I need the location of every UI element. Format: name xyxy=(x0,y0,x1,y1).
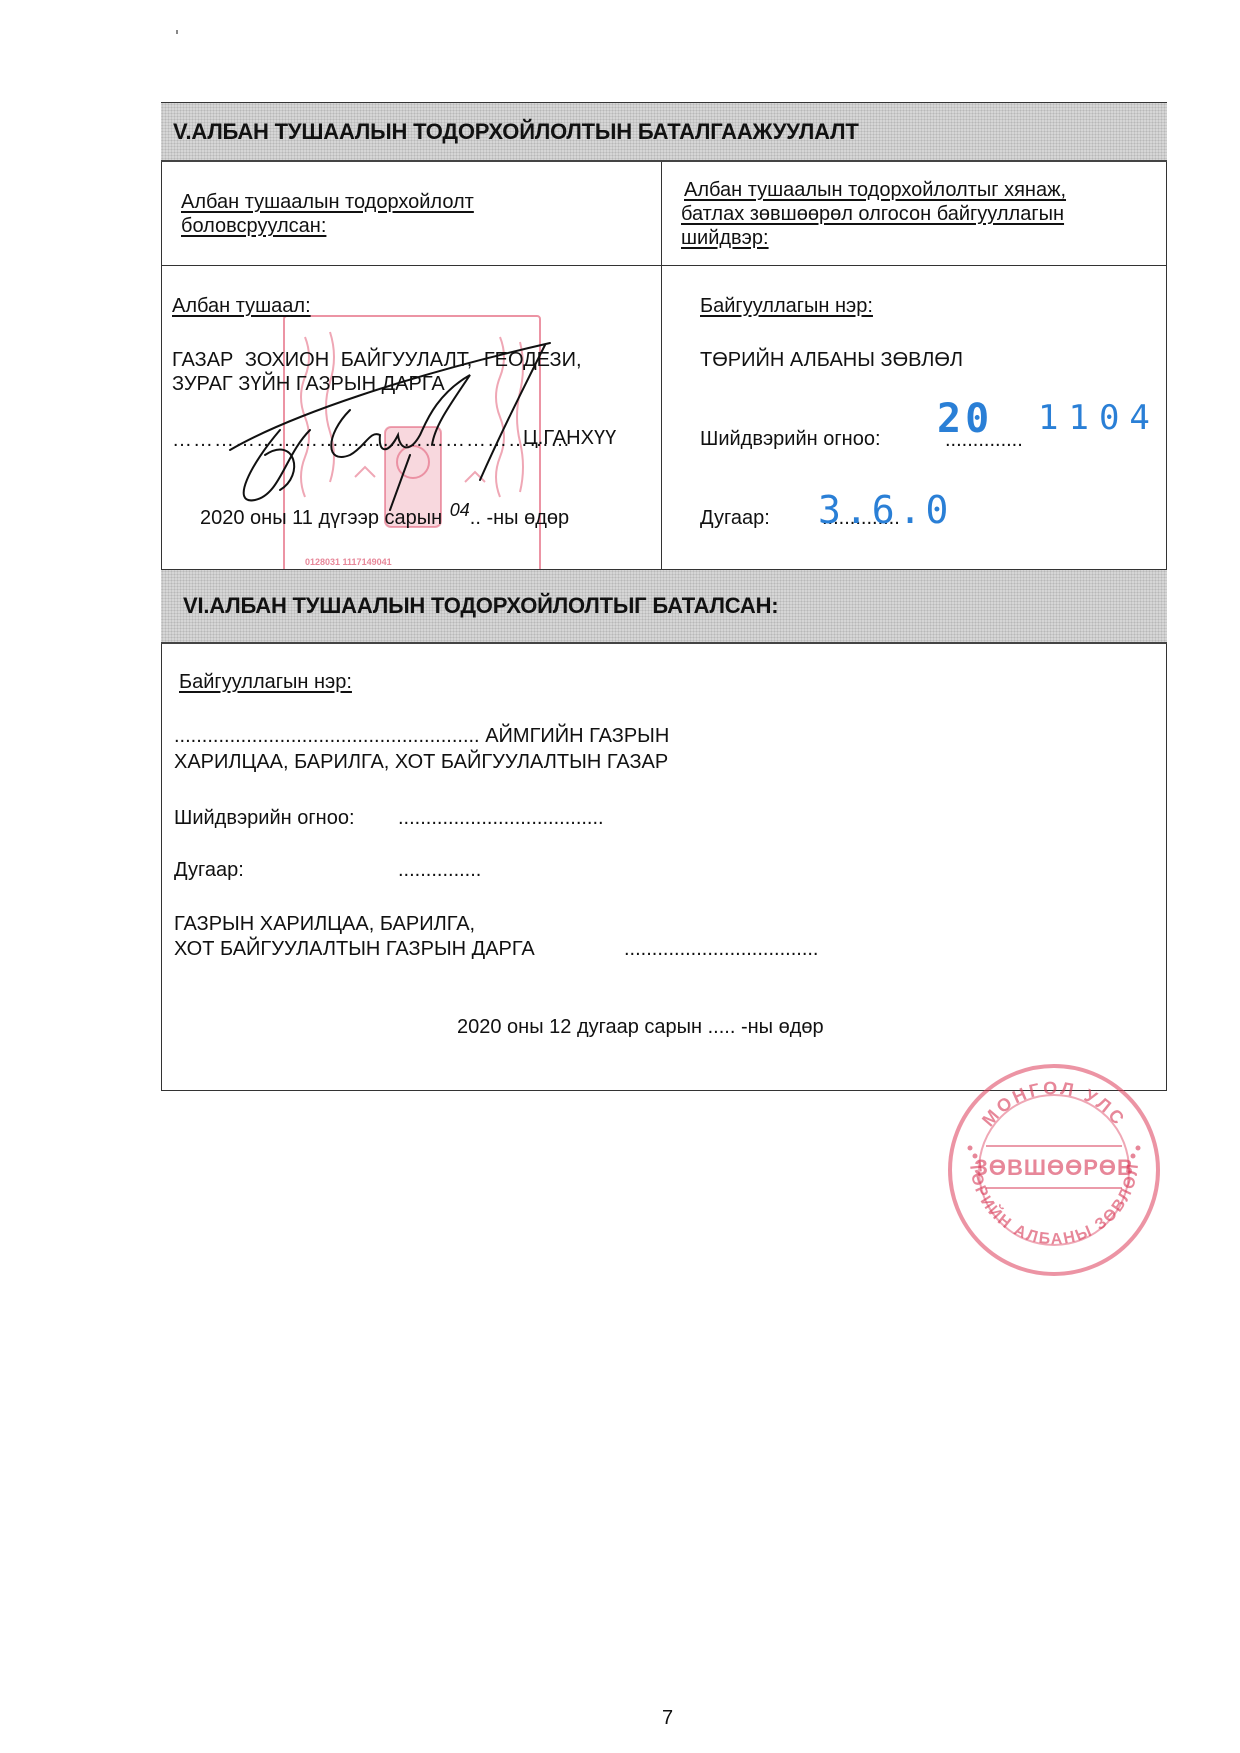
decision-number-stamp: 3.6.0 xyxy=(818,488,952,532)
page-number: 7 xyxy=(662,1706,673,1730)
right-heading-line-1: Албан тушаалын тодорхойлолтыг хянаж, xyxy=(684,178,1066,202)
row-divider xyxy=(161,265,1167,266)
section-6-header: VI.АЛБАН ТУШААЛЫН ТОДОРХОЙЛОЛТЫГ БАТАЛСА… xyxy=(161,569,1167,644)
left-heading-line-2: боловсруулсан: xyxy=(181,214,326,238)
section-6-date-line: 2020 оны 12 дугаар сарын ..... -ны өдөр xyxy=(457,1015,824,1039)
section-5-header: V.АЛБАН ТУШААЛЫН ТОДОРХОЙЛОЛТЫН БАТАЛГАА… xyxy=(161,102,1167,162)
section-6-head-line-2: ХОТ БАЙГУУЛАЛТЫН ГАЗРЫН ДАРГА xyxy=(174,937,535,961)
decision-number-label: Дугаар: xyxy=(700,506,770,530)
org-label: Байгууллагын нэр: xyxy=(700,294,873,318)
section-6-org-line-2: ХАРИЛЦАА, БАРИЛГА, ХОТ БАЙГУУЛАЛТЫН ГАЗА… xyxy=(174,750,668,774)
decision-date-stamp-year: 20 xyxy=(937,396,993,442)
section-6-org-label: Байгууллагын нэр: xyxy=(179,670,352,694)
section-5-title: V.АЛБАН ТУШААЛЫН ТОДОРХОЙЛОЛТЫН БАТАЛГАА… xyxy=(173,119,859,145)
scan-speck xyxy=(176,30,178,34)
section-6-number-dots: ............... xyxy=(398,858,481,882)
decision-date-stamp-monthday: 1104 xyxy=(1038,398,1160,438)
right-heading-line-3: шийдвэр: xyxy=(681,226,769,250)
org-value: ТӨРИЙН АЛБАНЫ ЗӨВЛӨЛ xyxy=(700,348,963,372)
org-dots: ........................................… xyxy=(174,725,480,747)
column-divider xyxy=(661,162,662,569)
section-6-head-signature-dots: ................................... xyxy=(624,937,818,961)
section-6-head-line-1: ГАЗРЫН ХАРИЛЦАА, БАРИЛГА, xyxy=(174,912,475,936)
section-6-title: VI.АЛБАН ТУШААЛЫН ТОДОРХОЙЛОЛТЫГ БАТАЛСА… xyxy=(183,593,778,619)
org-line-1-text: АЙМГИЙН ГАЗРЫН xyxy=(485,725,669,747)
seal-code: 0128031 1117149041 xyxy=(305,557,392,567)
section-6-decision-date-label: Шийдвэрийн огноо: xyxy=(174,806,355,830)
position-label: Албан тушаал: xyxy=(172,294,311,318)
right-heading-line-2: батлах зөвшөөрөл олгосон байгууллагын xyxy=(681,202,1064,226)
seal-top-text: МОНГОЛ УЛС xyxy=(978,1078,1130,1130)
handwritten-signature-icon xyxy=(210,335,570,535)
svg-text:МОНГОЛ УЛС: МОНГОЛ УЛС xyxy=(978,1078,1130,1130)
section-6-decision-date-dots: ..................................... xyxy=(398,806,604,830)
decision-date-label: Шийдвэрийн огноо: xyxy=(700,427,881,451)
left-heading-line-1: Албан тушаалын тодорхойлолт xyxy=(181,190,474,214)
section-6-number-label: Дугаар: xyxy=(174,858,244,882)
seal-center-text: ЗӨВШӨӨРӨВ xyxy=(966,1155,1142,1181)
section-6-org-line-1: ........................................… xyxy=(174,724,669,748)
